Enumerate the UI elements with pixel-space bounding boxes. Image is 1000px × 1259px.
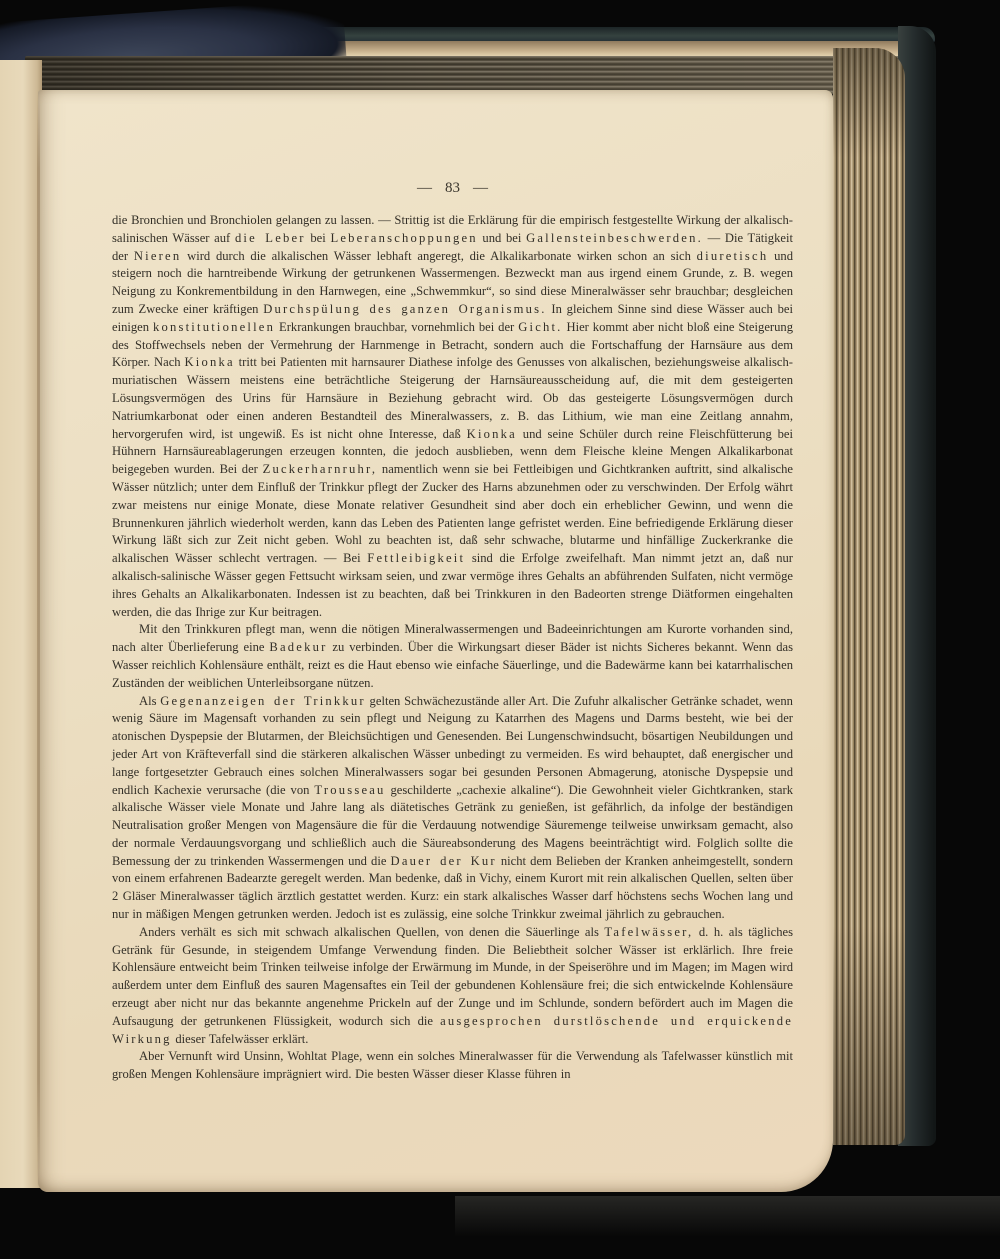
- paragraph: Anders verhält es sich mit schwach alkal…: [112, 924, 793, 1049]
- body-text: Aber Vernunft wird Unsinn, Wohltat Plage…: [112, 1049, 793, 1081]
- letterspaced-term: Nieren: [134, 249, 181, 263]
- letterspaced-term: Leberanschoppungen: [330, 231, 477, 245]
- body-text: Erkrankungen brauchbar, vornehmlich bei …: [275, 320, 518, 334]
- text-block: die Bronchien und Bronchiolen gelangen z…: [112, 212, 793, 1084]
- paragraph: Mit den Trinkkuren pflegt man, wenn die …: [112, 621, 793, 692]
- letterspaced-term: Kionka: [467, 427, 517, 441]
- body-text: Anders verhält es sich mit schwach alkal…: [139, 925, 604, 939]
- body-text: und bei: [478, 231, 526, 245]
- letterspaced-term: Kionka: [185, 355, 235, 369]
- book-photo-scene: —83— die Bronchien und Bronchiolen gelan…: [0, 0, 1000, 1259]
- body-text: gelten Schwächezustände aller Art. Die Z…: [112, 694, 793, 797]
- gutter-crease: [37, 92, 40, 1188]
- paragraph: Als Gegenanzeigen der Trinkkur gelten Sc…: [112, 693, 793, 924]
- page-number-rule-left: —: [417, 180, 432, 196]
- page-header: —83—: [112, 180, 793, 197]
- letterspaced-term: Trousseau: [314, 783, 385, 797]
- page-number-rule-right: —: [473, 180, 488, 196]
- page-stack-fore-edge: [833, 48, 905, 1145]
- body-text: wird durch die alkalischen Wässer lebhaf…: [181, 249, 696, 263]
- adjacent-page-leaf: [0, 60, 42, 1188]
- letterspaced-term: Fettleibigkeit: [367, 551, 465, 565]
- page-number: 83: [445, 180, 460, 196]
- letterspaced-term: diuretisch: [697, 249, 769, 263]
- body-text: namentlich wenn sie bei Fettleibigen und…: [112, 462, 793, 565]
- letterspaced-term: Gallensteinbeschwerden.: [526, 231, 703, 245]
- page-stack-top-edge: [25, 56, 909, 94]
- letterspaced-term: Durchspülung des ganzen Organismus.: [263, 302, 546, 316]
- body-text: Als: [139, 694, 160, 708]
- paragraph: die Bronchien und Bronchiolen gelangen z…: [112, 212, 793, 621]
- body-text: d. h. als tägliches Getränk für Gesunde,…: [112, 925, 793, 1028]
- letterspaced-term: Tafelwässer,: [604, 925, 693, 939]
- bottom-shadow: [455, 1196, 1000, 1244]
- paragraph: Aber Vernunft wird Unsinn, Wohltat Plage…: [112, 1048, 793, 1084]
- letterspaced-term: konstitutionellen: [153, 320, 275, 334]
- letterspaced-term: Badekur: [269, 640, 327, 654]
- letterspaced-term: Gegenanzeigen der Trinkkur: [160, 694, 366, 708]
- letterspaced-term: Gicht.: [518, 320, 562, 334]
- body-text: bei: [306, 231, 331, 245]
- letterspaced-term: Zuckerharnruhr,: [263, 462, 378, 476]
- page-block-top-edge: [300, 41, 914, 57]
- body-text: dieser Tafelwässer erklärt.: [172, 1032, 309, 1046]
- page-content: —83— die Bronchien und Bronchiolen gelan…: [112, 180, 793, 1084]
- letterspaced-term: Dauer der Kur: [391, 854, 497, 868]
- letterspaced-term: die Leber: [235, 231, 306, 245]
